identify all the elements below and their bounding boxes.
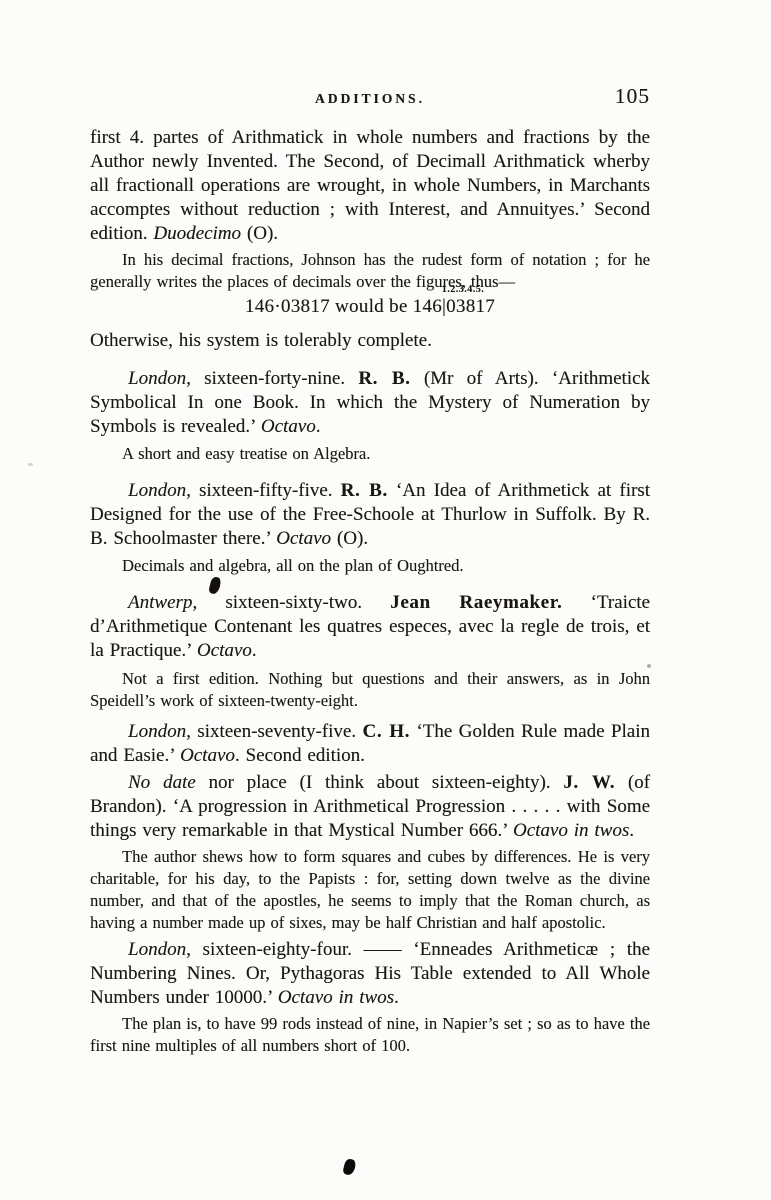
entry-raeymaker-1662: Antwerp, sixteen-sixty-two. Jean Raeymak…	[90, 591, 650, 663]
decimal-example-expression: 146·03817 would be 146|03817	[90, 295, 650, 319]
ink-dot-artifact	[342, 1158, 357, 1176]
note-johnson-system: Otherwise, his system is tolerably compl…	[90, 329, 650, 353]
note-jw-1680: The author shews how to form squares and…	[90, 846, 650, 934]
entry-rb-1649: London, sixteen-forty-nine. R. B. (Mr of…	[90, 367, 650, 439]
entry-anon-1684: London, sixteen-eighty-four. —— ‘Enneade…	[90, 938, 650, 1010]
note-rb-1649: A short and easy treatise on Algebra.	[90, 443, 650, 465]
note-anon-1684: The plan is, to have 99 rods instead of …	[90, 1013, 650, 1057]
speck-artifact	[28, 463, 33, 466]
running-head: ADDITIONS. 105	[90, 88, 650, 110]
page-number: 105	[615, 84, 650, 109]
entry-rb-1655: London, sixteen-fifty-five. R. B. ‘An Id…	[90, 479, 650, 551]
text-block: first 4. partes of Arithmatick in whole …	[90, 126, 650, 1057]
note-raeymaker-1662: Not a first edition. Nothing but questio…	[90, 668, 650, 712]
entry-ch-1675: London, sixteen-seventy-five. C. H. ‘The…	[90, 720, 650, 768]
book-page-scan: ADDITIONS. 105 first 4. partes of Arithm…	[0, 0, 771, 1200]
entry-johnson-continuation: first 4. partes of Arithmatick in whole …	[90, 126, 650, 246]
note-rb-1655: Decimals and algebra, all on the plan of…	[90, 555, 650, 577]
running-head-title: ADDITIONS.	[90, 91, 650, 107]
entry-jw-1680: No date nor place (I think about sixteen…	[90, 771, 650, 843]
decimal-places-label: 1.2.3.4.5.	[183, 285, 743, 295]
speck-artifact	[647, 664, 651, 668]
